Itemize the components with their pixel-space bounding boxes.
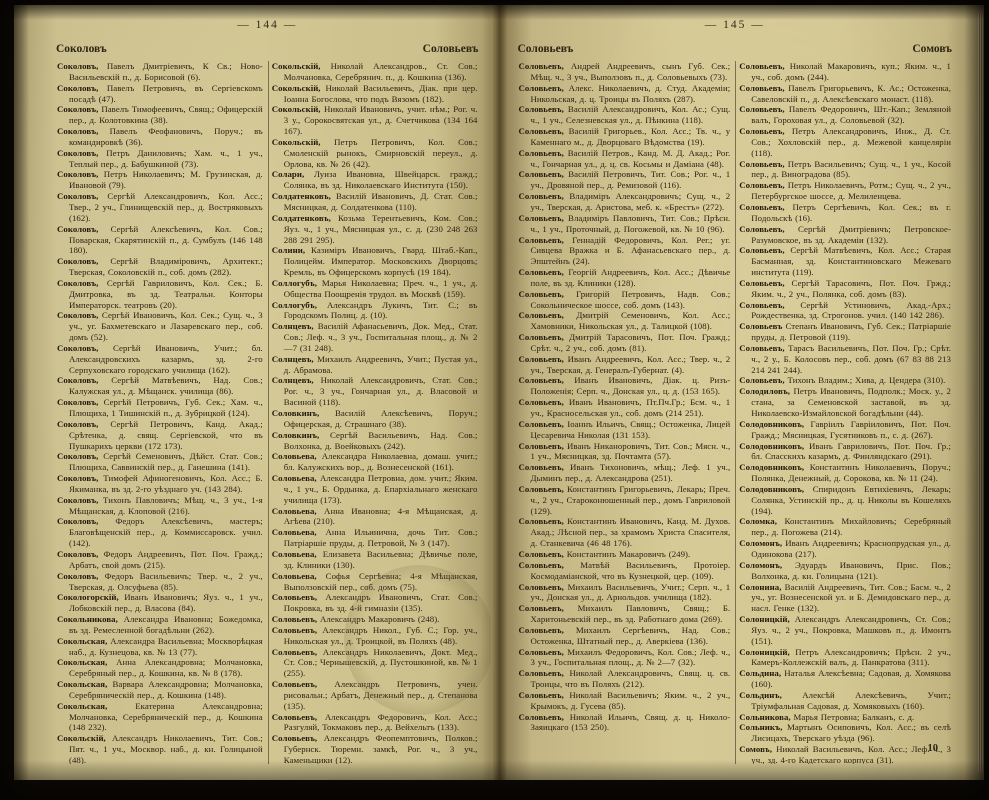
directory-entry: Сокольскій, Николай Ивановичъ, учит. нѣм… <box>272 104 478 137</box>
page-number-144: — 144 — <box>56 19 479 31</box>
entry-surname: Солини, <box>272 245 305 255</box>
directory-entry: Солнцевъ, Василій Афанасьевичъ, Док. Мед… <box>272 321 478 354</box>
entry-surname: Соловьевъ, <box>739 61 784 71</box>
directory-column-4: Соловьевъ, Николай Макаровичъ, куп.; Яки… <box>735 61 956 764</box>
directory-entry: Соловьева, Александра Петровна, дом. учи… <box>272 473 478 506</box>
entry-surname: Соловьевъ, <box>739 224 784 234</box>
directory-entry: Соколовъ, Павелъ Дмитріевичъ, К Св.; Нов… <box>57 61 263 83</box>
entry-surname: Соловьевъ, <box>519 647 564 657</box>
directory-entry: Соловкинъ, Сергѣй Васильевичъ, Над. Сов.… <box>272 430 478 452</box>
entry-surname: Солоницкій, <box>739 647 790 657</box>
directory-entry: Солоницкій, Александръ Александровичъ, С… <box>739 614 951 647</box>
directory-entry: Соловьевъ, Владиміръ Павловичъ, Тит. Сов… <box>519 213 731 235</box>
directory-entry: Соловьевъ, Сергѣй Матвѣевичъ, Кол. Асс.;… <box>739 245 951 278</box>
entry-surname: Соловьевъ, <box>519 549 564 559</box>
directory-entry: Соколовъ, Сергѣй Алексѣевичъ, Кол. Сов.;… <box>57 224 263 257</box>
entry-surname: Соловьевъ, <box>519 397 564 407</box>
entry-surname: Соловьевъ, <box>272 614 317 624</box>
entry-surname: Соколовъ, <box>57 191 98 201</box>
entry-surname: Солнцевъ, <box>272 321 314 331</box>
entry-surname: Соловьевъ, <box>519 690 564 700</box>
entry-surname: Сокольскій, <box>272 137 321 147</box>
directory-entry: Соколовъ, Сергѣй Семеновичъ, Дѣйст. Стат… <box>57 451 263 473</box>
directory-entry: Соловьевъ, Михаилъ Федоровичъ, Кол. Сов.… <box>519 647 731 669</box>
directory-entry: Соловьевъ, Василій Григорьев., Кол. Асс.… <box>519 126 731 148</box>
entry-surname: Сокольская, <box>57 657 107 667</box>
entry-surname: Соколовъ, <box>57 169 98 179</box>
directory-entry: Соловьевъ, Михаилъ Васильевичъ, Учит.; С… <box>519 582 731 604</box>
entry-surname: Соловьевъ, <box>519 625 564 635</box>
entry-surname: Соловьевъ, <box>519 560 564 570</box>
directory-entry: Соколовъ, Павелъ Тимофеевичъ, Свящ.; Офи… <box>57 104 263 126</box>
entry-surname: Сольдина, <box>739 668 781 678</box>
entry-surname: Солодиловъ, <box>739 386 790 396</box>
directory-entry: Сокологорскій, Иванъ Ивановичъ; Яуз. ч.,… <box>57 592 263 614</box>
directory-entry: Соколовъ, Федоръ Андреевичъ, Пот. Поч. Г… <box>57 549 263 571</box>
entry-surname: Соловьевъ, <box>519 462 564 472</box>
directory-entry: Соловьевъ, Петръ Николаевичъ, Ротм.; Сущ… <box>739 180 951 202</box>
entry-surname: Солнцевъ, <box>272 354 314 364</box>
entry-surname: Соколовъ, <box>57 419 98 429</box>
entry-surname: Соловьева, <box>272 451 317 461</box>
entry-surname: Соломонъ, <box>739 560 782 570</box>
directory-entry: Соловьевъ, Петръ Васильевичъ; Сущ. ч., 1… <box>739 159 951 181</box>
directory-entry: Соловьева, Александра Николаевна, домаш.… <box>272 451 478 473</box>
page-number-145: — 145 — <box>518 19 953 31</box>
entry-surname: Соловьевъ, <box>519 712 564 722</box>
entry-surname: Соколовъ, <box>57 473 98 483</box>
entry-surname: Сокольская, <box>57 679 107 689</box>
directory-entry: Сокольская, Екатерина Александровна; Мол… <box>57 701 263 734</box>
directory-entry: Соловьева, Анна Ильинична, дочь Тит. Сов… <box>272 527 478 549</box>
directory-entry: Соловкинъ, Василій Алексѣевичъ, Поруч.; … <box>272 408 478 430</box>
entry-surname: Соловьевъ <box>739 321 782 331</box>
entry-surname: Соловьевъ, <box>519 213 564 223</box>
directory-entry: Соловьевъ, Алекс. Николаевичъ, д. Студ. … <box>519 83 731 105</box>
page-144-header: — 144 — Соколовъ Соловьевъ <box>56 17 479 57</box>
entry-surname: Соловьевъ, <box>519 582 564 592</box>
directory-entry: Соколовъ, Сергѣй Петровичъ, Канд. Акад.;… <box>57 419 263 452</box>
page-145: — 145 — Соловьевъ Сомовъ Соловьевъ, Андр… <box>508 5 985 780</box>
entry-surname: Соколовъ, <box>57 495 98 505</box>
entry-surname: Соловьевъ, <box>519 603 564 613</box>
directory-entry: Соловьевъ, Иванъ Тихоновичъ, мѣщ.; Леф. … <box>519 462 731 484</box>
entry-surname: Сокольскій, <box>57 733 106 743</box>
directory-entry: Соколовъ, Сергѣй Матвѣевичъ, Над. Сов.; … <box>57 375 263 397</box>
directory-entry: Соловьевъ, Иванъ Никаноровичъ, Тит. Сов.… <box>519 441 731 463</box>
directory-entry: Соломка, Константинъ Михайловичъ; Серебр… <box>739 516 951 538</box>
directory-entry: Солини, Казиміръ Ивановичъ, Гвард. Штаб.… <box>272 245 478 278</box>
directory-entry: Соловьевъ, Иванъ Ивановичъ, Діак. ц. Риз… <box>519 375 731 397</box>
entry-surname: Солнцевъ, <box>272 375 314 385</box>
page-144: — 144 — Соколовъ Соловьевъ Соколовъ, Пав… <box>14 5 491 780</box>
entry-surname: Соловьевъ, <box>739 375 784 385</box>
entry-surname: Соловьевъ, <box>519 441 564 451</box>
entry-surname: Соловьева, <box>272 506 317 516</box>
running-head-left: Соловьевъ <box>518 43 574 55</box>
directory-entry: Солодовниковъ, Иванъ Гавриловичъ, Пот. П… <box>739 441 951 463</box>
directory-entry: Соловьевъ, Петръ Сергѣевичъ, Кол. Сек.; … <box>739 202 951 224</box>
directory-entry: Соколовъ, Федоръ Алексѣевичъ, мастеръ; Б… <box>57 516 263 549</box>
entry-surname: Солари, <box>272 169 304 179</box>
entry-surname: Соловьевъ, <box>272 679 317 689</box>
directory-entry: Соловьевъ, Дмитрій Тарасовичъ, Пот. Поч.… <box>519 332 731 354</box>
entry-surname: Соловьевъ, <box>272 712 317 722</box>
directory-entry: Соколовъ, Павелъ Феофановичъ, Поруч.; въ… <box>57 126 263 148</box>
entry-surname: Соколовъ, <box>57 343 98 353</box>
directory-entry: Солдатенковъ, Василій Ивановичъ, Д. Стат… <box>272 191 478 213</box>
directory-entry: Соловьевъ, Николай Александровичъ, Свящ.… <box>519 668 731 690</box>
directory-entry: Соколовъ, Тимофей Афиногеновичъ, Кол. Ас… <box>57 473 263 495</box>
entry-surname: Солдатенковъ, <box>272 213 331 223</box>
directory-entry: Сольникова, Марья Петровна; Балканъ, с. … <box>739 712 951 723</box>
directory-entry: Соломонъ, Эдуардъ Ивановичъ, Прис. Пов.;… <box>739 560 951 582</box>
entry-surname: Соловьевъ, <box>739 159 784 169</box>
directory-entry: Соловьева, Анна Ивановна; 4-я Мѣщанская,… <box>272 506 478 528</box>
directory-entry: Соловьевъ, Николай Ильичъ, Свящ. д. ц. Н… <box>519 712 731 734</box>
directory-entry: Соловьевъ, Иванъ Ивановичъ, Пт.Пч.Гр.; Б… <box>519 397 731 419</box>
directory-column-3: Соловьевъ, Андрей Андреевичъ, сынъ Губ. … <box>516 61 736 764</box>
directory-entry: Соколовъ, Тихонъ Павловичъ; Мѣщ. ч., 3 у… <box>57 495 263 517</box>
directory-entry: Сомовъ, Николай Васильевичъ, Кол. Асс.; … <box>739 744 951 764</box>
directory-entry: Сокольскій, Николай Васильевичъ, Діак. п… <box>272 83 478 105</box>
directory-entry: Соловьевъ, Геннадій Федоровичъ, Кол. Рег… <box>519 235 731 268</box>
entry-surname: Сольдинъ, <box>739 690 782 700</box>
entry-surname: Соловьевъ, <box>739 126 784 136</box>
directory-entry: Соловьевъ, Василій Петровичъ, Тит. Сов.;… <box>519 169 731 191</box>
entry-surname: Соловьевъ, <box>519 484 564 494</box>
directory-entry: Соллогубъ, Александръ Лукичъ, Тит. С.; в… <box>272 300 478 322</box>
entry-surname: Соколовъ, <box>57 278 98 288</box>
entry-surname: Солодовниковъ, <box>739 441 804 451</box>
entry-surname: Солонина, <box>739 582 781 592</box>
directory-entry: Соловьевъ, Михаилъ Сергѣевичъ, Над. Сов.… <box>519 625 731 647</box>
entry-surname: Сольникъ, <box>739 722 782 732</box>
directory-entry: Соловьевъ, Александръ Петровичъ, учен. р… <box>272 679 478 712</box>
entry-surname: Соловкинъ, <box>272 430 320 440</box>
directory-entry: Соловьевъ, Павелъ Федоровичъ, Шт.-Кап.; … <box>739 104 951 126</box>
directory-entry: Солодиловъ, Петръ Ивановичъ, Подполк.; М… <box>739 386 951 419</box>
directory-entry: Соколовъ, Сергѣй Гавриловичъ, Кол. Сек.;… <box>57 278 263 311</box>
directory-entry: Сокольскій, Петръ Петровичъ, Кол. Сов.; … <box>272 137 478 170</box>
directory-entry: Солонина, Василій Андреевичъ, Тит. Сов.;… <box>739 582 951 615</box>
entry-surname: Соловьевъ, <box>272 592 317 602</box>
entry-surname: Соловьевъ, <box>739 104 784 114</box>
entry-surname: Соколовъ, <box>57 549 98 559</box>
directory-entry: Соловьевъ, Николай Макаровичъ, куп.; Яки… <box>739 61 951 83</box>
directory-entry: Соллогубъ, Марья Николаевна; Преч. ч., 1… <box>272 278 478 300</box>
entry-surname: Соловьевъ, <box>519 169 564 179</box>
entry-surname: Соловьевъ, <box>519 191 564 201</box>
directory-entry: Соловьевъ, Павелъ Григорьевичъ, К. Ас.; … <box>739 83 951 105</box>
entry-surname: Соловьевъ, <box>739 343 784 353</box>
directory-entry: Солнцевъ, Николай Александровичъ, Стат. … <box>272 375 478 408</box>
directory-column-2: Сокольскій, Николай Александров., Ст. Со… <box>268 61 483 764</box>
directory-entry: Сокольская, Александра Васильевна; Москв… <box>57 636 263 658</box>
entry-surname: Солоницкій, <box>739 614 790 624</box>
entry-surname: Сольникова, <box>739 712 790 722</box>
entry-surname: Соколовъ, <box>57 375 98 385</box>
directory-entry: Соловьевъ, Василій Петров., Канд. М. Д. … <box>519 148 731 170</box>
entry-surname: Солдатенковъ, <box>272 191 331 201</box>
entry-surname: Соловьевъ, <box>519 235 564 245</box>
entry-surname: Соловьева, <box>272 527 317 537</box>
entry-surname: Соколовъ, <box>57 148 98 158</box>
entry-surname: Соловкинъ, <box>272 408 320 418</box>
entry-surname: Сокольскій, <box>272 61 321 71</box>
directory-entry: Соловьевъ, Іоаннъ Ильичъ, Свящ.; Остожен… <box>519 419 731 441</box>
page-145-columns: Соловьевъ, Андрей Андреевичъ, сынъ Губ. … <box>516 61 957 764</box>
entry-surname: Соловьевъ, <box>519 267 564 277</box>
directory-entry: Соловьевъ, Георгій Андреевичъ, Кол. Асс.… <box>519 267 731 289</box>
directory-entry: Сольдина, Наталья Алексѣевна; Садовая, д… <box>739 668 951 690</box>
directory-entry: Сокольскій, Александръ Николаевичъ, Тит.… <box>57 733 263 764</box>
directory-entry: Соловьевъ, Сергѣй Дмитріевичъ; Петровско… <box>739 224 951 246</box>
open-book-spread: — 144 — Соколовъ Соловьевъ Соколовъ, Пав… <box>14 5 984 780</box>
directory-entry: Соколовъ, Сергѣй Ивановичъ, Учит.; бл. А… <box>57 343 263 376</box>
directory-entry: Соломонъ, Иванъ Андреевичъ; Краснопрудск… <box>739 538 951 560</box>
directory-entry: Солоницкій, Петръ Александровичъ; Прѣсн.… <box>739 647 951 669</box>
entry-surname: Сокольскій, <box>272 104 321 114</box>
directory-entry: Солодовниковъ, Спиридонъ Евтихіевичъ, Ле… <box>739 484 951 517</box>
page-144-columns: Соколовъ, Павелъ Дмитріевичъ, К Св.; Нов… <box>54 61 483 764</box>
directory-entry: Соловьевъ, Сергѣй Тарасовичъ, Пот. Поч. … <box>739 278 951 300</box>
entry-surname: Соловьевъ, <box>519 104 564 114</box>
signature-mark: 10 <box>928 743 939 754</box>
entry-surname: Соловьевъ, <box>519 310 564 320</box>
directory-entry: Солдатенковъ, Козьма Терентьевичъ, Ком. … <box>272 213 478 246</box>
directory-entry: Сокольникова, Александра Ивановна; Божед… <box>57 614 263 636</box>
entry-surname: Соловьевъ, <box>739 245 784 255</box>
entry-surname: Сокольникова, <box>57 614 118 624</box>
directory-entry: Соловьева, Софья Сергѣевна; 4-я Мѣщанска… <box>272 571 478 593</box>
directory-entry: Соловьевъ, Александръ Федоровичъ, Кол. А… <box>272 712 478 734</box>
directory-entry: Соколовъ, Федоръ Васильевичъ; Твер. ч., … <box>57 571 263 593</box>
directory-entry: Соловьевъ, Александръ Феопемптовичъ, Пол… <box>272 733 478 764</box>
entry-surname: Сокольская, <box>57 701 107 711</box>
directory-entry: Соловьева, Елизавета Васильевна; Дѣвичье… <box>272 549 478 571</box>
directory-entry: Соколовъ, Сергѣй Александровичъ, Кол. Ас… <box>57 191 263 224</box>
entry-surname: Сокологорскій, <box>57 592 119 602</box>
entry-surname: Соловьевъ, <box>519 419 564 429</box>
entry-surname: Соколовъ, <box>57 571 98 581</box>
directory-entry: Соколовъ, Сергѣй Петровичъ, Губ. Сек.; Х… <box>57 397 263 419</box>
directory-entry: Соловьевъ, Николай Васильевичъ; Яким. ч.… <box>519 690 731 712</box>
directory-entry: Сокольская, Анна Александровна; Молчанов… <box>57 657 263 679</box>
directory-entry: Соловьевъ, Тихонъ Владим.; Хива, д. Ценд… <box>739 375 951 386</box>
entry-surname: Соловьевъ, <box>739 180 784 190</box>
page-145-header: — 145 — Соловьевъ Сомовъ <box>518 17 953 57</box>
entry-surname: Сокольскій, <box>272 83 321 93</box>
directory-entry: Соловьевъ, Александръ Николаевичъ, Докт.… <box>272 647 478 680</box>
entry-surname: Соллогубъ, <box>272 300 317 310</box>
running-head-right: Сомовъ <box>912 43 952 55</box>
entry-surname: Соловьевъ, <box>519 126 564 136</box>
directory-entry: Соловьевъ, Александръ Ивановичъ, Стат. С… <box>272 592 478 614</box>
directory-entry: Соколовъ, Павелъ Петровичъ, въ Сергіевск… <box>57 83 263 105</box>
directory-entry: Соловьевъ, Владиміръ Александровичъ; Сущ… <box>519 191 731 213</box>
entry-surname: Соловьевъ, <box>519 148 564 158</box>
directory-entry: Солнцевъ, Михаилъ Андреевичъ, Учит.; Пус… <box>272 354 478 376</box>
directory-entry: Соколовъ, Сергѣй Ивановичъ, Кол. Сек.; С… <box>57 310 263 343</box>
directory-entry: Соловьевъ, Петръ Александровичъ, Инж., Д… <box>739 126 951 159</box>
entry-surname: Соловьевъ, <box>272 733 317 743</box>
entry-surname: Соломка, <box>739 516 777 526</box>
entry-surname: Соловьевъ, <box>519 668 564 678</box>
directory-entry: Соловьевъ, Матвѣй Васильевичъ, Протоіер.… <box>519 560 731 582</box>
entry-surname: Соловьевъ, <box>519 354 564 364</box>
entry-surname: Соловьевъ, <box>272 625 317 635</box>
entry-surname: Сокольская, <box>57 636 107 646</box>
directory-entry: Солари, Луиза Ивановна, Швейцарск. гражд… <box>272 169 478 191</box>
entry-surname: Соколовъ, <box>57 451 98 461</box>
directory-entry: Солодовниковъ, Гавріилъ Гавріиловичъ, По… <box>739 419 951 441</box>
directory-entry: Соколовъ, Сергѣй Владиміровичъ, Архитект… <box>57 256 263 278</box>
directory-entry: Соловьевъ, Александръ Никол., Губ. С.; Г… <box>272 625 478 647</box>
entry-surname: Соловьева, <box>272 549 317 559</box>
directory-entry: Соловьевъ, Константинъ Ивановичъ, Канд. … <box>519 516 731 549</box>
entry-surname: Соловьевъ, <box>519 375 564 385</box>
directory-entry: Сольдинъ, Алексѣй Алексѣевичъ, Учит.; Тр… <box>739 690 951 712</box>
directory-entry: Соколовъ, Петръ Николаевичъ; М. Грузинск… <box>57 169 263 191</box>
entry-surname: Соколовъ, <box>57 224 98 234</box>
page-edge-stack <box>978 13 984 772</box>
entry-surname: Соколовъ, <box>57 104 98 114</box>
directory-entry: Соколовъ, Петръ Даниловичъ; Хам. ч., 1 у… <box>57 148 263 170</box>
directory-entry: Соловьевъ, Константинъ Григорьевичъ, Лек… <box>519 484 731 517</box>
running-head-left: Соколовъ <box>56 43 107 55</box>
entry-surname: Соловьева, <box>272 473 317 483</box>
entry-surname: Соловьевъ, <box>739 202 784 212</box>
entry-surname: Соловьевъ, <box>519 61 564 71</box>
directory-entry: Соловьевъ, Михаилъ Павловичъ, Свящ.; Б. … <box>519 603 731 625</box>
entry-surname: Соколовъ, <box>57 61 98 71</box>
directory-entry: Соловьевъ, Василій Александровичъ, Кол. … <box>519 104 731 126</box>
entry-surname: Соловьевъ, <box>519 332 564 342</box>
entry-surname: Соловьевъ, <box>519 289 564 299</box>
entry-surname: Соколовъ, <box>57 83 98 93</box>
directory-entry: Солодовниковъ, Константинъ Николаевичъ, … <box>739 462 951 484</box>
entry-surname: Соллогубъ, <box>272 278 317 288</box>
directory-entry: Соловьевъ, Дмитрій Семеновичъ, Кол. Асс.… <box>519 310 731 332</box>
entry-surname: Соколовъ, <box>57 397 98 407</box>
entry-surname: Соколовъ, <box>57 310 98 320</box>
entry-surname: Соловьевъ, <box>739 278 784 288</box>
entry-surname: Соловьева, <box>272 571 317 581</box>
entry-surname: Соловьевъ, <box>739 83 784 93</box>
entry-surname: Солодовниковъ, <box>739 419 804 429</box>
directory-entry: Соловьевъ, Сергѣй Устиновичъ, Акад.-Арх.… <box>739 300 951 322</box>
directory-entry: Сокольская, Варвара Александровна; Молча… <box>57 679 263 701</box>
entry-surname: Соколовъ, <box>57 256 98 266</box>
entry-surname: Соколовъ, <box>57 126 98 136</box>
entry-surname: Соколовъ, <box>57 516 98 526</box>
entry-surname: Соловьевъ, <box>272 647 317 657</box>
book-gutter-shadow <box>491 5 508 780</box>
directory-column-1: Соколовъ, Павелъ Дмитріевичъ, К Св.; Нов… <box>54 61 268 764</box>
directory-entry: Соловьевъ, Тарасъ Васильевичъ, Пот. Поч.… <box>739 343 951 376</box>
directory-entry: Соловьевъ, Иванъ Андреевичъ, Кол. Асс.; … <box>519 354 731 376</box>
entry-surname: Соловьевъ, <box>739 300 784 310</box>
directory-entry: Соловьевъ, Андрей Андреевичъ, сынъ Губ. … <box>519 61 731 83</box>
directory-entry: Сольникъ, Мартынъ Осиповичъ, Кол. Асс.; … <box>739 722 951 744</box>
entry-surname: Солодовниковъ, <box>739 462 804 472</box>
running-head-right: Соловьевъ <box>423 43 479 55</box>
entry-surname: Соломонъ, <box>739 538 782 548</box>
directory-entry: Соловьевъ, Константинъ Макаровичъ (249). <box>519 549 731 560</box>
directory-entry: Соловьевъ, Григорій Петровичъ, Надв. Сов… <box>519 289 731 311</box>
entry-surname: Солодовниковъ, <box>739 484 804 494</box>
directory-entry: Сокольскій, Николай Александров., Ст. Со… <box>272 61 478 83</box>
entry-surname: Сомовъ, <box>739 744 772 754</box>
entry-surname: Соловьевъ, <box>519 516 564 526</box>
entry-surname: Соловьевъ, <box>519 83 564 93</box>
directory-entry: Соловьевъ Степанъ Ивановичъ, Губ. Сек.; … <box>739 321 951 343</box>
directory-entry: Соловьевъ, Александръ Макаровичъ (248). <box>272 614 478 625</box>
